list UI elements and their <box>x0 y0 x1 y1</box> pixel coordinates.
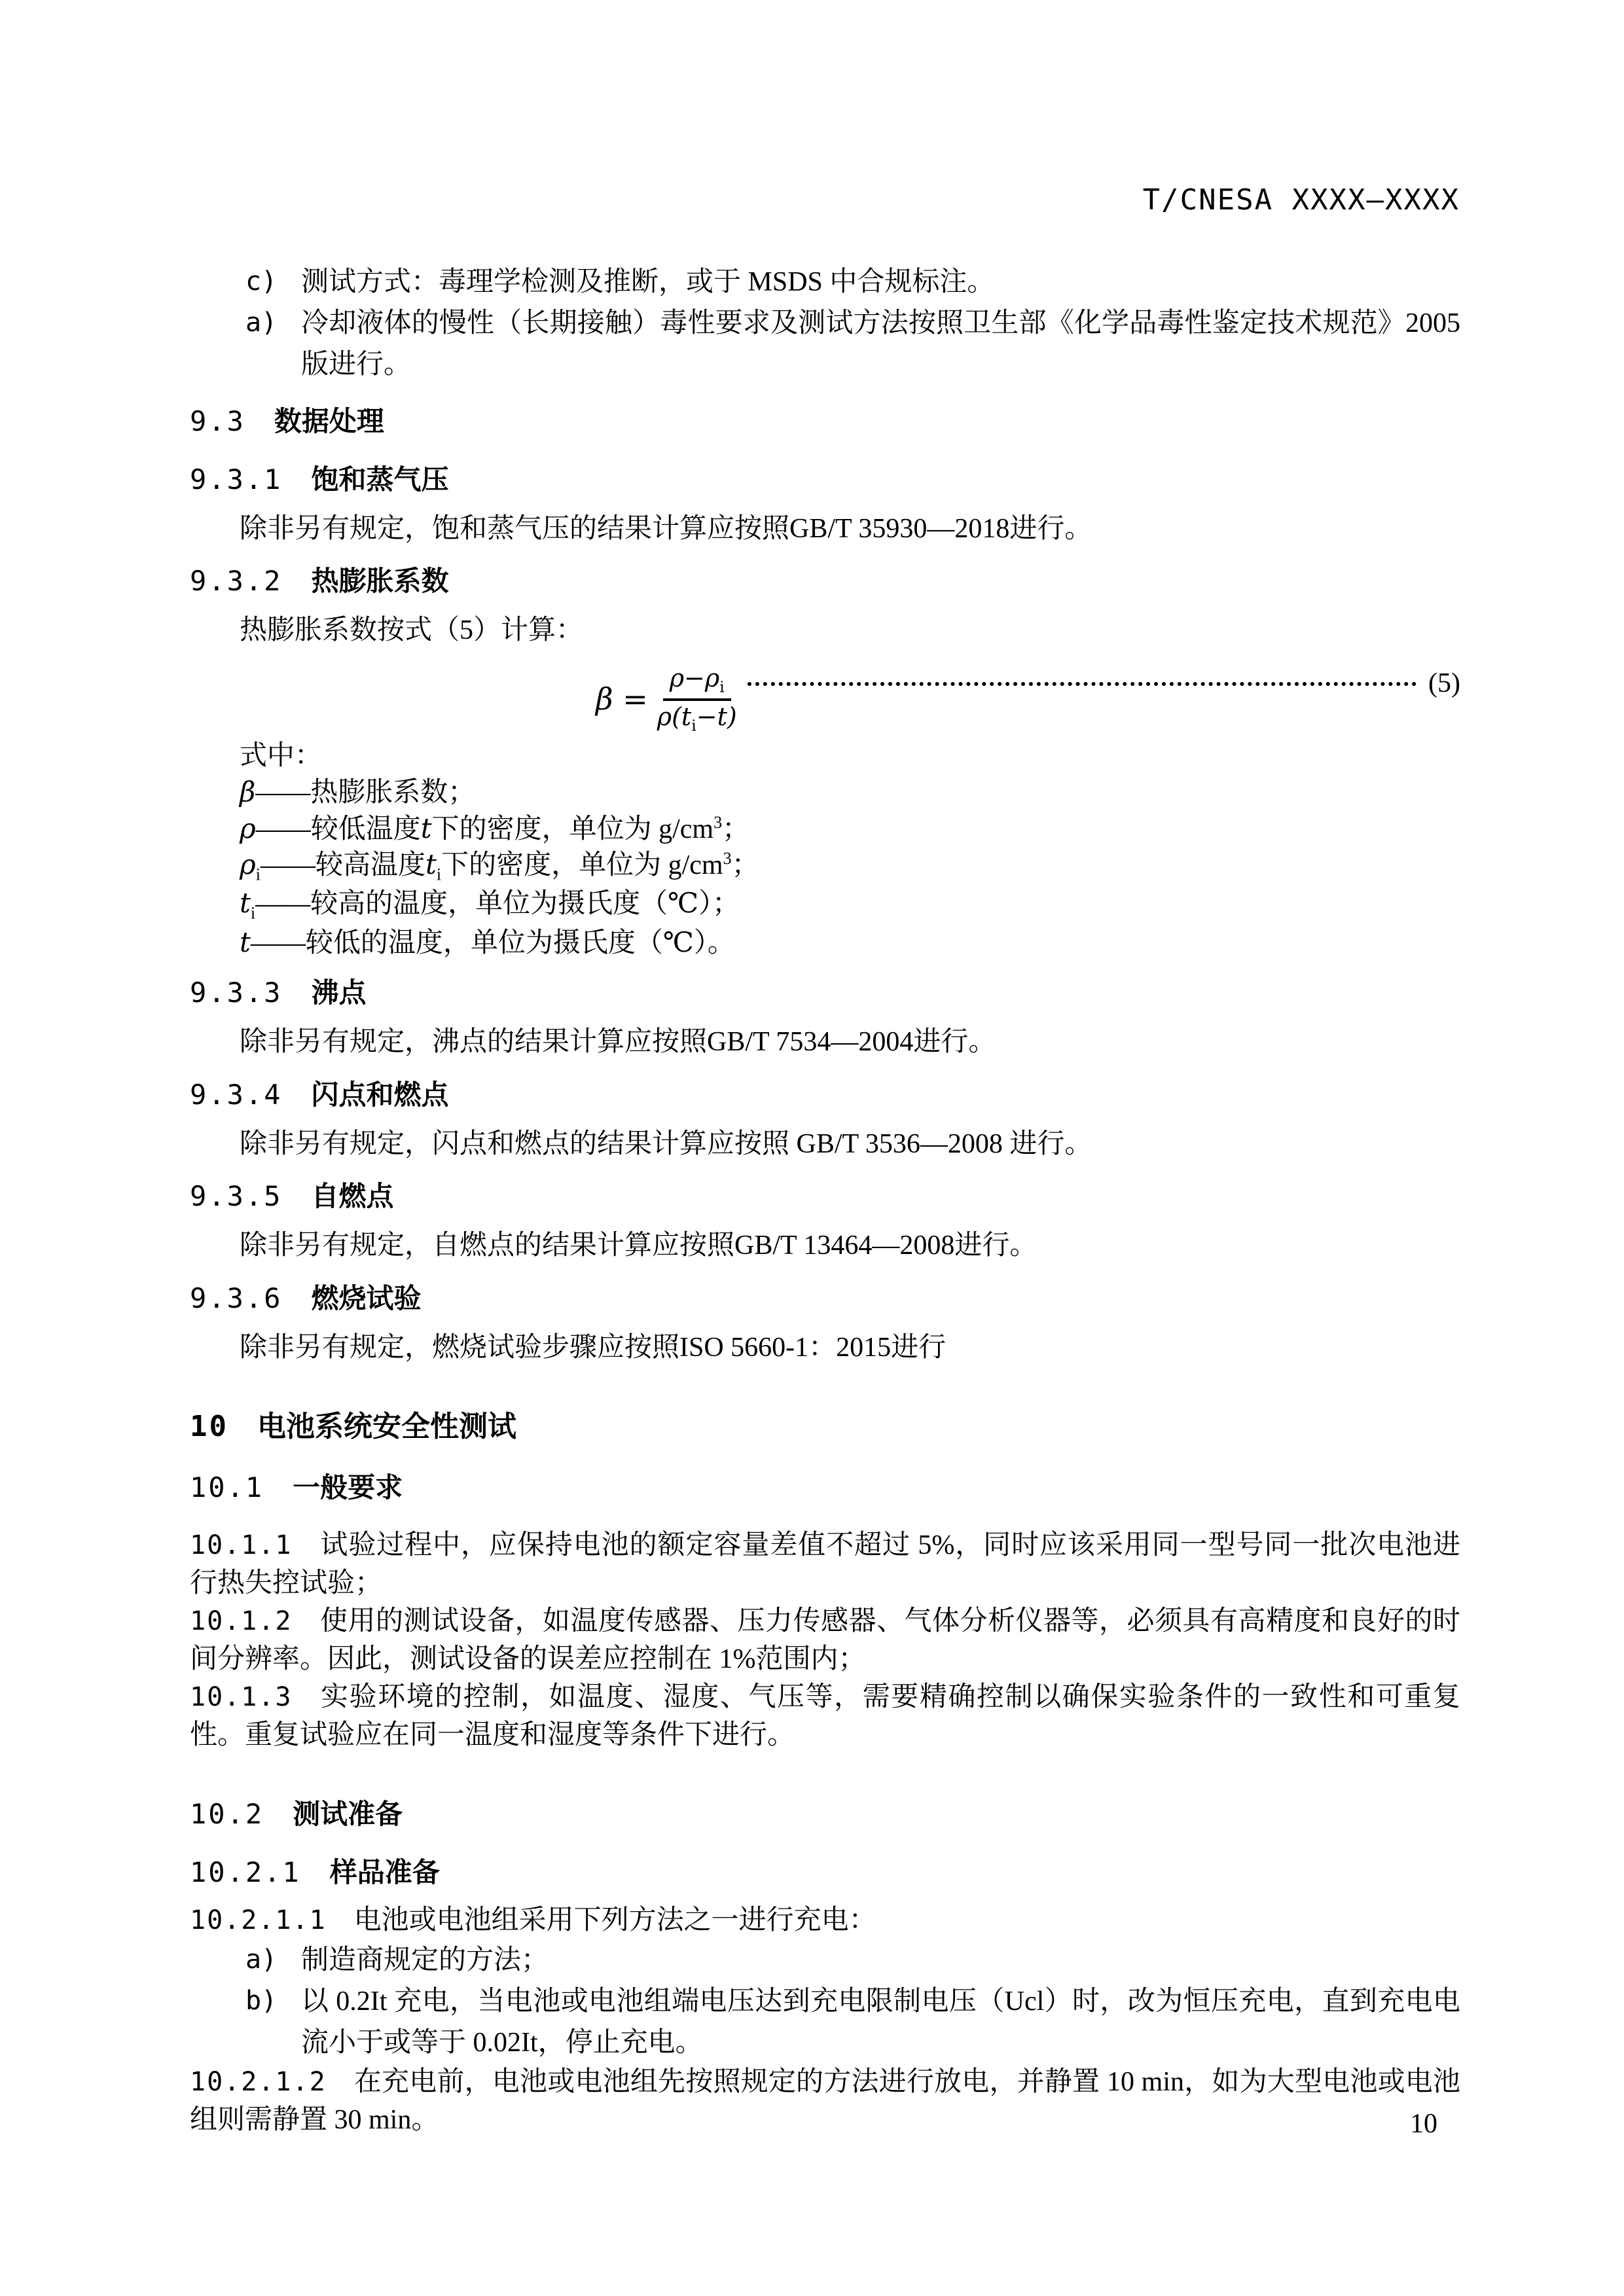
section-title: 热膨胀系数 <box>311 562 448 601</box>
chapter-title: 电池系统安全性测试 <box>257 1407 516 1447</box>
charging-method-list: a) 制造商规定的方法； b) 以 0.2It 充电，当电池或电池组端电压达到充… <box>190 1940 1460 2064</box>
document-body: c) 测试方式：毒理学检测及推断，或于 MSDS 中合规标注。 a) 冷却液体的… <box>190 0 1460 2140</box>
document-page: T/CNESA XXXX—XXXX c) 测试方式：毒理学检测及推断，或于 MS… <box>0 0 1624 2296</box>
chapter-number: 10 <box>190 1407 228 1447</box>
where-label: 式中： <box>190 738 1460 774</box>
list-item-label: c) <box>245 262 301 303</box>
section-title: 饱和蒸气压 <box>311 461 448 499</box>
section-title: 数据处理 <box>274 403 384 441</box>
section-heading-9-3-6: 9.3.6 燃烧试验 <box>190 1280 1460 1318</box>
clause-number: 10.1.3 <box>190 1682 293 1712</box>
symbol-definitions: β——热膨胀系数； ρ——较低温度t下的密度，单位为 g/cm3； ρi——较高… <box>190 774 1460 961</box>
paragraph-9-3-5: 除非另有规定，自燃点的结果计算应按照GB/T 13464—2008进行。 <box>190 1227 1460 1265</box>
chapter-heading-10: 10 电池系统安全性测试 <box>190 1407 1460 1447</box>
section-9-3-body: 9.3.1 饱和蒸气压 除非另有规定，饱和蒸气压的结果计算应按照GB/T 359… <box>190 461 1460 1367</box>
symbol-definition: ρ——较低温度t下的密度，单位为 g/cm3； <box>240 811 1460 848</box>
clause-number: 10.2.1.2 <box>190 2067 327 2097</box>
section-title: 测试准备 <box>293 1795 403 1834</box>
clause-text: 在充电前，电池或电池组先按照规定的方法进行放电，并静置 10 min，如为大型电… <box>190 2067 1460 2135</box>
list-item-a: a) 制造商规定的方法； <box>190 1940 1460 1981</box>
clause-10-2-1-1: 10.2.1.1电池或电池组采用下列方法之一进行充电： <box>190 1902 1460 1940</box>
section-heading-10-1: 10.1 一般要求 <box>190 1469 1460 1507</box>
list-item-label: a) <box>245 1940 301 1981</box>
list-item-text: 以 0.2It 充电，当电池或电池组端电压达到充电限制电压（Ucl）时，改为恒压… <box>301 1981 1460 2064</box>
section-title: 沸点 <box>311 974 366 1013</box>
paragraph-9-3-1: 除非另有规定，饱和蒸气压的结果计算应按照GB/T 35930—2018进行。 <box>190 510 1460 548</box>
section-number: 9.3.3 <box>190 974 282 1013</box>
clause-number: 10.1.2 <box>190 1606 293 1636</box>
formula-fraction: ρ−ρi ρ(ti−t) <box>657 664 737 734</box>
section-heading-9-3-1: 9.3.1 饱和蒸气压 <box>190 461 1460 499</box>
section-heading-10-2: 10.2 测试准备 <box>190 1795 1460 1834</box>
dotted-leader <box>748 682 1416 686</box>
paragraph-9-3-2-intro: 热膨胀系数按式（5）计算： <box>190 611 1460 650</box>
symbol-definition: ti——较高的温度，单位为摄氏度（℃）； <box>240 886 1460 924</box>
clause-text: 使用的测试设备，如温度传感器、压力传感器、气体分析仪器等，必须具有高精度和良好的… <box>190 1606 1460 1674</box>
section-number: 9.3.1 <box>190 461 282 499</box>
list-item-label: b) <box>245 1981 301 2064</box>
section-heading-9-3: 9.3 数据处理 <box>190 403 1460 441</box>
section-number: 9.3.2 <box>190 562 282 601</box>
paragraph-9-3-6: 除非另有规定，燃烧试验步骤应按照ISO 5660-1：2015进行 <box>190 1329 1460 1367</box>
list-item-c: c) 测试方式：毒理学检测及推断，或于 MSDS 中合规标注。 <box>190 262 1460 303</box>
page-number: 10 <box>1410 2110 1437 2138</box>
section-heading-9-3-5: 9.3.5 自燃点 <box>190 1177 1460 1216</box>
list-item-text: 冷却液体的慢性（长期接触）毒性要求及测试方法按照卫生部《化学品毒性鉴定技术规范》… <box>301 303 1460 386</box>
symbol-definition: ρi——较高温度ti下的密度，单位为 g/cm3； <box>240 847 1460 886</box>
symbol-definition: t——较低的温度，单位为摄氏度（℃）。 <box>240 925 1460 961</box>
clause-10-1-3: 10.1.3实验环境的控制，如温度、湿度、气压等，需要精确控制以确保实验条件的一… <box>190 1679 1460 1755</box>
clause-10-1-2: 10.1.2使用的测试设备，如温度传感器、压力传感器、气体分析仪器等，必须具有高… <box>190 1603 1460 1679</box>
section-number: 9.3.4 <box>190 1076 282 1115</box>
clause-text: 电池或电池组采用下列方法之一进行充电： <box>354 1905 876 1935</box>
section-title: 燃烧试验 <box>311 1280 421 1318</box>
toxicity-method-list: c) 测试方式：毒理学检测及推断，或于 MSDS 中合规标注。 a) 冷却液体的… <box>190 262 1460 386</box>
list-item-label: a) <box>245 303 301 386</box>
clause-number: 10.1.1 <box>190 1530 293 1560</box>
section-number: 10.1 <box>190 1469 264 1507</box>
formula-lhs: β = <box>596 678 648 720</box>
fraction-denominator: ρ(ti−t) <box>657 701 737 735</box>
equation-number: (5) <box>1428 664 1460 703</box>
list-item-text: 测试方式：毒理学检测及推断，或于 MSDS 中合规标注。 <box>301 262 1460 303</box>
section-title: 样品准备 <box>330 1854 440 1892</box>
section-title: 一般要求 <box>293 1469 403 1507</box>
formula-5: β = ρ−ρi ρ(ti−t) (5) <box>190 664 1460 734</box>
fraction-numerator: ρ−ρi <box>663 664 731 701</box>
section-number: 9.3 <box>190 403 245 441</box>
clause-text: 实验环境的控制，如温度、湿度、气压等，需要精确控制以确保实验条件的一致性和可重复… <box>190 1682 1460 1750</box>
section-heading-9-3-3: 9.3.3 沸点 <box>190 974 1460 1013</box>
paragraph-9-3-3: 除非另有规定，沸点的结果计算应按照GB/T 7534—2004进行。 <box>190 1023 1460 1062</box>
clause-text: 试验过程中，应保持电池的额定容量差值不超过 5%，同时应该采用同一型号同一批次电… <box>190 1530 1460 1598</box>
clause-10-1-1: 10.1.1试验过程中，应保持电池的额定容量差值不超过 5%，同时应该采用同一型… <box>190 1527 1460 1603</box>
paragraph-9-3-4: 除非另有规定，闪点和燃点的结果计算应按照 GB/T 3536—2008 进行。 <box>190 1125 1460 1164</box>
section-heading-10-2-1: 10.2.1 样品准备 <box>190 1854 1460 1892</box>
list-item-text: 制造商规定的方法； <box>301 1940 1460 1981</box>
clause-10-2-1-2: 10.2.1.2在充电前，电池或电池组先按照规定的方法进行放电，并静置 10 m… <box>190 2064 1460 2140</box>
section-number: 9.3.6 <box>190 1280 282 1318</box>
section-number: 10.2 <box>190 1795 264 1834</box>
section-number: 10.2.1 <box>190 1854 301 1892</box>
section-number: 9.3.5 <box>190 1177 282 1216</box>
symbol-definition: β——热膨胀系数； <box>240 774 1460 811</box>
section-heading-9-3-4: 9.3.4 闪点和燃点 <box>190 1076 1460 1115</box>
list-item-a: a) 冷却液体的慢性（长期接触）毒性要求及测试方法按照卫生部《化学品毒性鉴定技术… <box>190 303 1460 386</box>
section-title: 自燃点 <box>311 1177 393 1216</box>
section-title: 闪点和燃点 <box>311 1076 448 1115</box>
section-heading-9-3-2: 9.3.2 热膨胀系数 <box>190 562 1460 601</box>
list-item-b: b) 以 0.2It 充电，当电池或电池组端电压达到充电限制电压（Ucl）时，改… <box>190 1981 1460 2064</box>
clause-number: 10.2.1.1 <box>190 1905 327 1935</box>
